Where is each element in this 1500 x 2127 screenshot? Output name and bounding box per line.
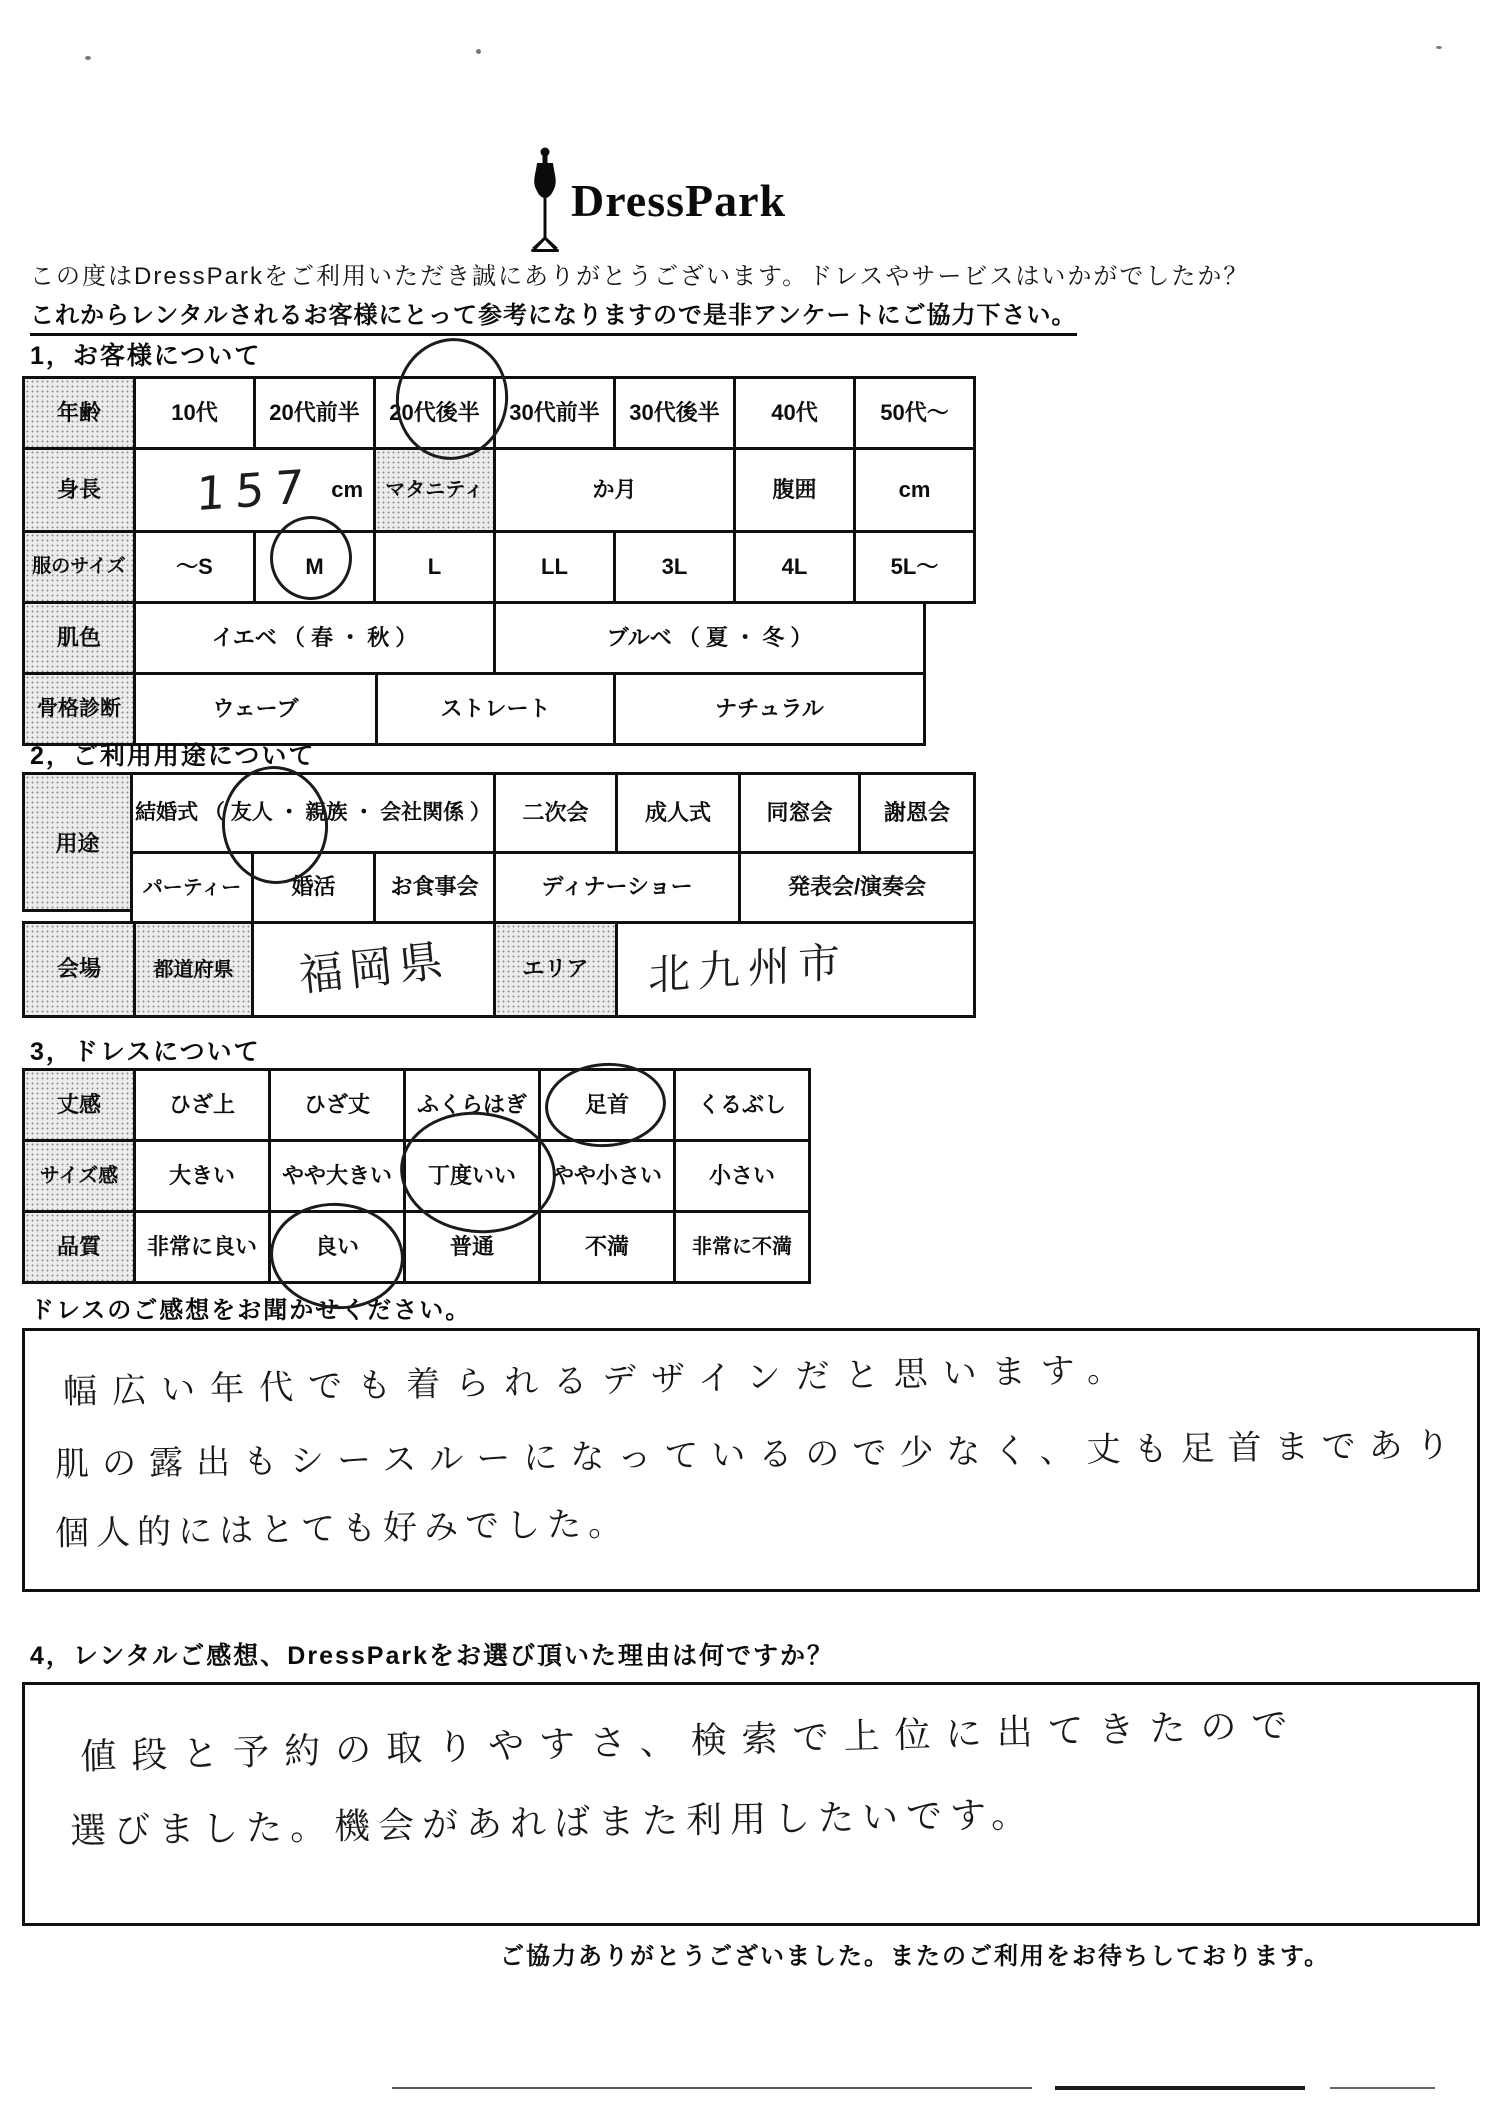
purpose-option: ディナーショー bbox=[493, 854, 738, 921]
purpose-option: 謝恩会 bbox=[858, 775, 973, 851]
dress-comment-line: 個人的にはとても好みでした。 bbox=[55, 1496, 630, 1555]
skeleton-label: 骨格診断 bbox=[25, 675, 133, 743]
quality-option: 非常に不満 bbox=[673, 1213, 808, 1281]
size-label: 服のサイズ bbox=[25, 533, 133, 601]
scan-artifact-dot bbox=[1436, 46, 1442, 49]
quality-option: 非常に良い bbox=[133, 1213, 268, 1281]
purpose-option: 発表会/演奏会 bbox=[738, 854, 973, 921]
purpose-option: 成人式 bbox=[615, 775, 738, 851]
height-label: 身長 bbox=[25, 450, 133, 530]
height-value-cell: 157 cm bbox=[133, 450, 373, 530]
waist-unit: cm bbox=[853, 450, 973, 530]
length-option: くるぶし bbox=[673, 1071, 808, 1139]
maternity-label: マタニティ bbox=[373, 450, 493, 530]
area-handwriting: 北九州市 bbox=[648, 939, 848, 999]
dress-form-icon bbox=[527, 146, 563, 254]
fit-option: やや大きい bbox=[268, 1142, 403, 1210]
rental-comment-line: 選びました。機会があればまた利用したいです。 bbox=[70, 1787, 1036, 1855]
size-option: 4L bbox=[733, 533, 853, 601]
fit-option: 大きい bbox=[133, 1142, 268, 1210]
height-unit: cm bbox=[331, 478, 363, 502]
age-option: 30代後半 bbox=[613, 379, 733, 447]
skin-tone-label: 肌色 bbox=[25, 604, 133, 672]
rental-comment-box: 値段と予約の取りやすさ、検索で上位に出てきたので 選びました。機会があればまた利… bbox=[22, 1682, 1480, 1926]
height-row: 身長 157 cm マタニティ か月 腹囲 cm bbox=[22, 447, 976, 533]
rental-comment-line: 値段と予約の取りやすさ、検索で上位に出てきたので bbox=[80, 1697, 1303, 1780]
age-option: 40代 bbox=[733, 379, 853, 447]
dress-comment-line: 幅広い年代でも着られるデザインだと思います。 bbox=[63, 1342, 1137, 1413]
skeleton-option: ストレート bbox=[375, 675, 613, 743]
prefecture-value-handwritten: 福岡県 bbox=[251, 924, 493, 1015]
prefecture-label: 都道府県 bbox=[133, 924, 251, 1015]
quality-option: 不満 bbox=[538, 1213, 673, 1281]
skeleton-option: ウェーブ bbox=[133, 675, 375, 743]
area-label: エリア bbox=[493, 924, 615, 1015]
age-option: 30代前半 bbox=[493, 379, 613, 447]
age-option: 20代前半 bbox=[253, 379, 373, 447]
usage-table: 用途 結婚式 （ 友人 ・ 親族 ・ 会社関係 ） 二次会 成人式 同窓会 謝恩… bbox=[22, 772, 976, 1018]
skin-tone-option: イエベ （ 春 ・ 秋 ） bbox=[133, 604, 493, 672]
logo-text: DressPark bbox=[571, 174, 786, 227]
dresspark-logo: DressPark bbox=[527, 146, 786, 254]
area-value-handwritten: 北九州市 bbox=[615, 924, 973, 1015]
size-row: 服のサイズ ～S M L LL 3L 4L 5L～ bbox=[22, 530, 976, 604]
venue-label: 会場 bbox=[25, 924, 133, 1015]
age-label: 年齢 bbox=[25, 379, 133, 447]
dress-comment-box: 幅広い年代でも着られるデザインだと思います。 肌の露出もシースルーになっているの… bbox=[22, 1328, 1480, 1592]
fit-option: やや小さい bbox=[538, 1142, 673, 1210]
fit-option: 小さい bbox=[673, 1142, 808, 1210]
footer-thanks: ご協力ありがとうございました。またのご利用をお待ちしております。 bbox=[500, 1936, 1330, 1971]
intro-line-2: これからレンタルされるお客様にとって参考になりますので是非アンケートにご協力下さ… bbox=[30, 295, 1077, 336]
fit-label: サイズ感 bbox=[25, 1142, 133, 1210]
quality-label: 品質 bbox=[25, 1213, 133, 1281]
section4-heading: 4，レンタルご感想、DressParkをお選び頂いた理由は何ですか？ bbox=[30, 1636, 834, 1672]
waist-label: 腹囲 bbox=[733, 450, 853, 530]
purpose-label: 用途 bbox=[22, 772, 133, 912]
size-option: LL bbox=[493, 533, 613, 601]
skin-tone-row: 肌色 イエベ （ 春 ・ 秋 ） ブルベ （ 夏 ・ 冬 ） bbox=[22, 601, 926, 675]
purpose-option: お食事会 bbox=[373, 854, 493, 921]
scan-artifact-line bbox=[1055, 2086, 1305, 2090]
scan-artifact-line bbox=[1330, 2087, 1435, 2089]
size-option: 5L～ bbox=[853, 533, 973, 601]
purpose-option: 同窓会 bbox=[738, 775, 858, 851]
age-option: 10代 bbox=[133, 379, 253, 447]
prefecture-handwriting: 福岡県 bbox=[296, 938, 450, 1002]
scan-artifact-dot bbox=[476, 49, 481, 54]
dress-comment-line: 肌の露出もシースルーになっているので少なく、丈も足首まであり bbox=[55, 1417, 1463, 1486]
customer-table: 年齢 10代 20代前半 20代後半 30代前半 30代後半 40代 50代～ … bbox=[22, 376, 976, 746]
length-option: ひざ丈 bbox=[268, 1071, 403, 1139]
intro-line-1: この度はDressParkをご利用いただき誠にありがとうございます。ドレスやサー… bbox=[30, 256, 1249, 291]
length-option: ひざ上 bbox=[133, 1071, 268, 1139]
height-value-handwritten: 157 bbox=[195, 460, 314, 519]
skeleton-row: 骨格診断 ウェーブ ストレート ナチュラル bbox=[22, 672, 926, 746]
scan-artifact-dot bbox=[85, 56, 91, 60]
skin-tone-option: ブルベ （ 夏 ・ 冬 ） bbox=[493, 604, 923, 672]
dress-comment-prompt: ドレスのご感想をお聞かせください。 bbox=[30, 1290, 471, 1325]
maternity-months-label: か月 bbox=[493, 450, 733, 530]
length-label: 丈感 bbox=[25, 1071, 133, 1139]
quality-row: 品質 非常に良い 良い 普通 不満 非常に不満 bbox=[22, 1210, 811, 1284]
skeleton-option: ナチュラル bbox=[613, 675, 923, 743]
size-option: ～S bbox=[133, 533, 253, 601]
scanned-survey-page: DressPark この度はDressParkをご利用いただき誠にありがとうござ… bbox=[0, 0, 1500, 2127]
purpose-option: パーティー bbox=[133, 854, 251, 921]
section1-heading: 1，お客様について bbox=[30, 336, 261, 372]
age-option: 50代～ bbox=[853, 379, 973, 447]
venue-row: 会場 都道府県 福岡県 エリア 北九州市 bbox=[22, 921, 976, 1018]
size-option: 3L bbox=[613, 533, 733, 601]
section3-heading: 3，ドレスについて bbox=[30, 1032, 261, 1068]
purpose-option: 二次会 bbox=[493, 775, 615, 851]
scan-artifact-line bbox=[392, 2087, 1032, 2089]
size-option: L bbox=[373, 533, 493, 601]
